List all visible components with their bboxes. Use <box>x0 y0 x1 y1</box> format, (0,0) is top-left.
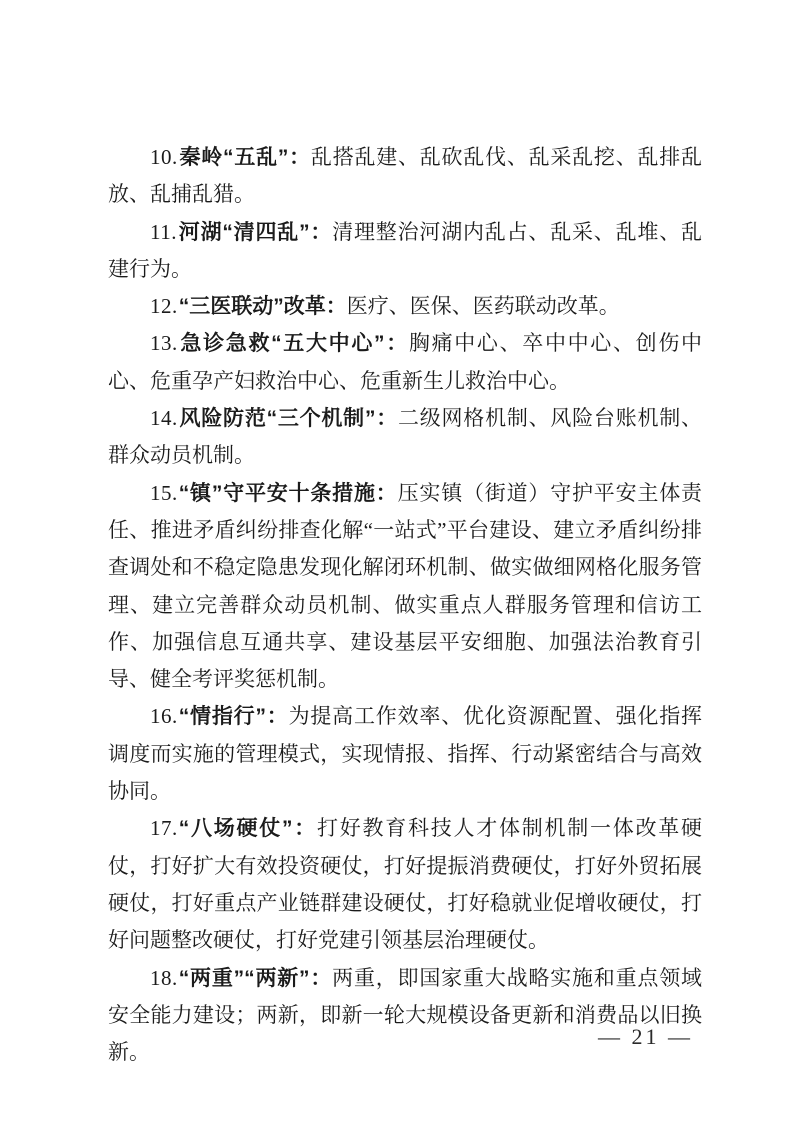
item-definition: 压实镇（街道）守护平安主体责任、推进矛盾纠纷排查化解“一站式”平台建设、建立矛盾… <box>108 481 702 691</box>
glossary-item-15: 15.“镇”守平安十条措施：压实镇（街道）守护平安主体责任、推进矛盾纠纷排查化解… <box>108 475 702 699</box>
item-colon: ： <box>266 705 289 728</box>
item-term: 河湖“清四乱” <box>178 221 310 244</box>
item-number: 13. <box>150 331 179 355</box>
glossary-item-10: 10.秦岭“五乱”：乱搭乱建、乱砍乱伐、乱采乱挖、乱排乱放、乱捕乱猎。 <box>108 139 702 214</box>
item-term: 秦岭“五乱” <box>179 146 289 169</box>
page-number: — 21 — <box>598 1024 693 1050</box>
item-term: “情指行” <box>179 705 266 728</box>
item-colon: ： <box>310 967 333 990</box>
item-number: 14. <box>150 406 179 430</box>
item-number: 18. <box>150 966 179 990</box>
item-number: 17. <box>150 816 179 840</box>
item-number: 11. <box>150 220 178 244</box>
item-term: 风险防范“三个机制” <box>179 407 376 430</box>
item-colon: ： <box>376 482 398 505</box>
glossary-item-14: 14.风险防范“三个机制”：二级网格机制、风险台账机制、群众动员机制。 <box>108 400 702 475</box>
glossary-item-11: 11.河湖“清四乱”：清理整治河湖内乱占、乱采、乱堆、乱建行为。 <box>108 214 702 289</box>
item-colon: ： <box>288 146 311 169</box>
item-term: “镇”守平安十条措施 <box>179 482 376 505</box>
glossary-item-18: 18.“两重”“两新”：两重，即国家重大战略实施和重点领域安全能力建设；两新，即… <box>108 960 702 1072</box>
glossary-item-13: 13.急诊急救“五大中心”：胸痛中心、卒中中心、创伤中心、危重孕产妇救治中心、危… <box>108 325 702 400</box>
document-page: 10.秦岭“五乱”：乱搭乱建、乱砍乱伐、乱采乱挖、乱排乱放、乱捕乱猎。 11.河… <box>0 0 793 1122</box>
item-term: “三医联动”改革 <box>179 295 326 318</box>
item-number: 12. <box>150 294 179 318</box>
item-number: 16. <box>150 704 179 728</box>
item-colon: ： <box>310 221 333 244</box>
item-term: “两重”“两新” <box>179 967 310 990</box>
glossary-content: 10.秦岭“五乱”：乱搭乱建、乱砍乱伐、乱采乱挖、乱排乱放、乱捕乱猎。 11.河… <box>108 139 702 1071</box>
item-term: 急诊急救“五大中心” <box>179 332 385 355</box>
item-number: 10. <box>150 145 179 169</box>
glossary-item-17: 17.“八场硬仗”：打好教育科技人才体制机制一体改革硬仗，打好扩大有效投资硬仗，… <box>108 810 702 959</box>
item-colon: ： <box>293 817 318 840</box>
item-term: “八场硬仗” <box>179 817 293 840</box>
glossary-item-16: 16.“情指行”：为提高工作效率、优化资源配置、强化指挥调度而实施的管理模式，实… <box>108 698 702 810</box>
item-colon: ： <box>375 407 398 430</box>
item-colon: ： <box>326 295 347 318</box>
item-number: 15. <box>150 481 179 505</box>
glossary-item-12: 12.“三医联动”改革：医疗、医保、医药联动改革。 <box>108 288 702 325</box>
item-definition: 医疗、医保、医药联动改革。 <box>347 294 620 318</box>
item-colon: ： <box>385 332 409 355</box>
